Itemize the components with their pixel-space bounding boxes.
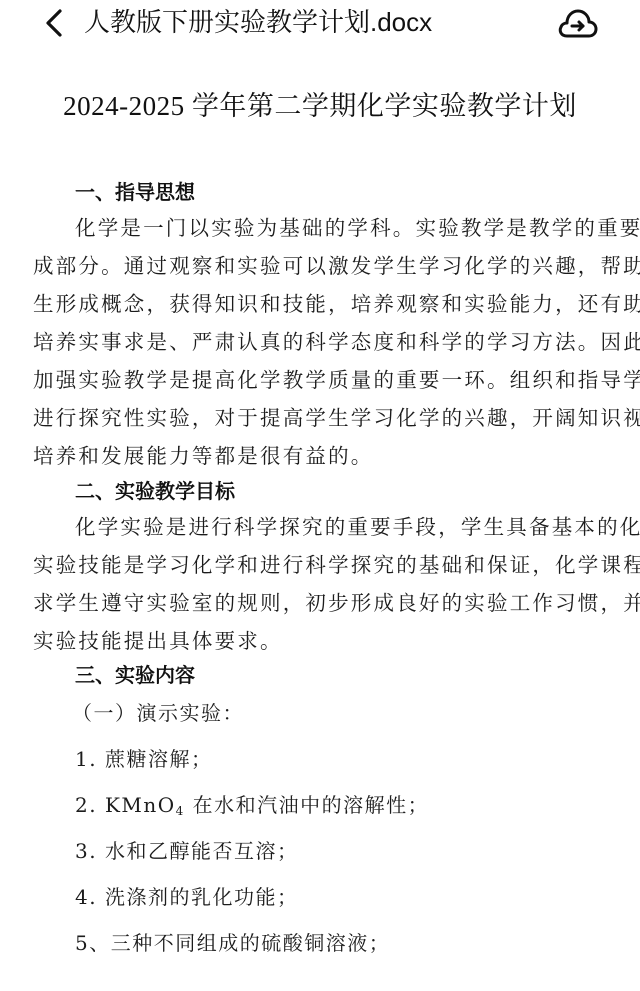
- section-heading-experiment-content: 三、实验内容: [75, 660, 195, 690]
- paragraph-line: 化学实验是进行科学探究的重要手段，学生具备基本的化学: [75, 512, 640, 542]
- paragraph-line: 培养和发展能力等都是很有益的。: [33, 441, 374, 471]
- back-button[interactable]: [38, 6, 72, 40]
- subheading-demo-experiments: （一）演示实验：: [72, 698, 244, 728]
- paragraph-line: 生形成概念，获得知识和技能，培养观察和实验能力，还有助于: [33, 289, 640, 319]
- chevron-left-icon: [38, 6, 72, 40]
- section-heading-teaching-goals: 二、实验教学目标: [75, 476, 235, 506]
- subscript: 4: [176, 804, 185, 818]
- list-item: 5、三种不同组成的硫酸铜溶液；: [75, 928, 390, 958]
- list-item: 2. KMnO4 在水和汽油中的溶解性；: [75, 790, 429, 826]
- cloud-save-button[interactable]: [556, 4, 600, 42]
- paragraph-line: 化学是一门以实验为基础的学科。实验教学是教学的重要组: [75, 213, 640, 243]
- document-title: 2024-2025 学年第二学期化学实验教学计划: [0, 86, 640, 126]
- paragraph-line: 进行探究性实验，对于提高学生学习化学的兴趣，开阔知识视野，: [33, 403, 640, 433]
- paragraph-line: 实验技能提出具体要求。: [33, 626, 283, 656]
- paragraph-line: 求学生遵守实验室的规则，初步形成良好的实验工作习惯，并对: [33, 588, 640, 618]
- list-item: 4. 洗涤剂的乳化功能；: [75, 882, 298, 912]
- section-heading-guiding-thought: 一、指导思想: [75, 177, 195, 207]
- cloud-arrow-icon: [556, 4, 600, 42]
- paragraph-line: 成部分。通过观察和实验可以激发学生学习化学的兴趣，帮助学: [33, 251, 640, 281]
- list-item-text: 在水和汽油中的溶解性；: [185, 793, 429, 817]
- paragraph-line: 培养实事求是、严肃认真的科学态度和科学的学习方法。因此，: [33, 327, 640, 357]
- paragraph-line: 加强实验教学是提高化学教学质量的重要一环。组织和指导学生: [33, 365, 640, 395]
- list-item: 3. 水和乙醇能否互溶；: [75, 836, 298, 866]
- paragraph-line: 实验技能是学习化学和进行科学探究的基础和保证，化学课程要: [33, 550, 640, 580]
- top-bar: 人教版下册实验教学计划.docx: [0, 0, 640, 50]
- list-item: 1. 蔗糖溶解；: [75, 744, 212, 774]
- file-name: 人教版下册实验教学计划.docx: [84, 4, 432, 40]
- list-item-text: 2. KMnO: [75, 793, 176, 817]
